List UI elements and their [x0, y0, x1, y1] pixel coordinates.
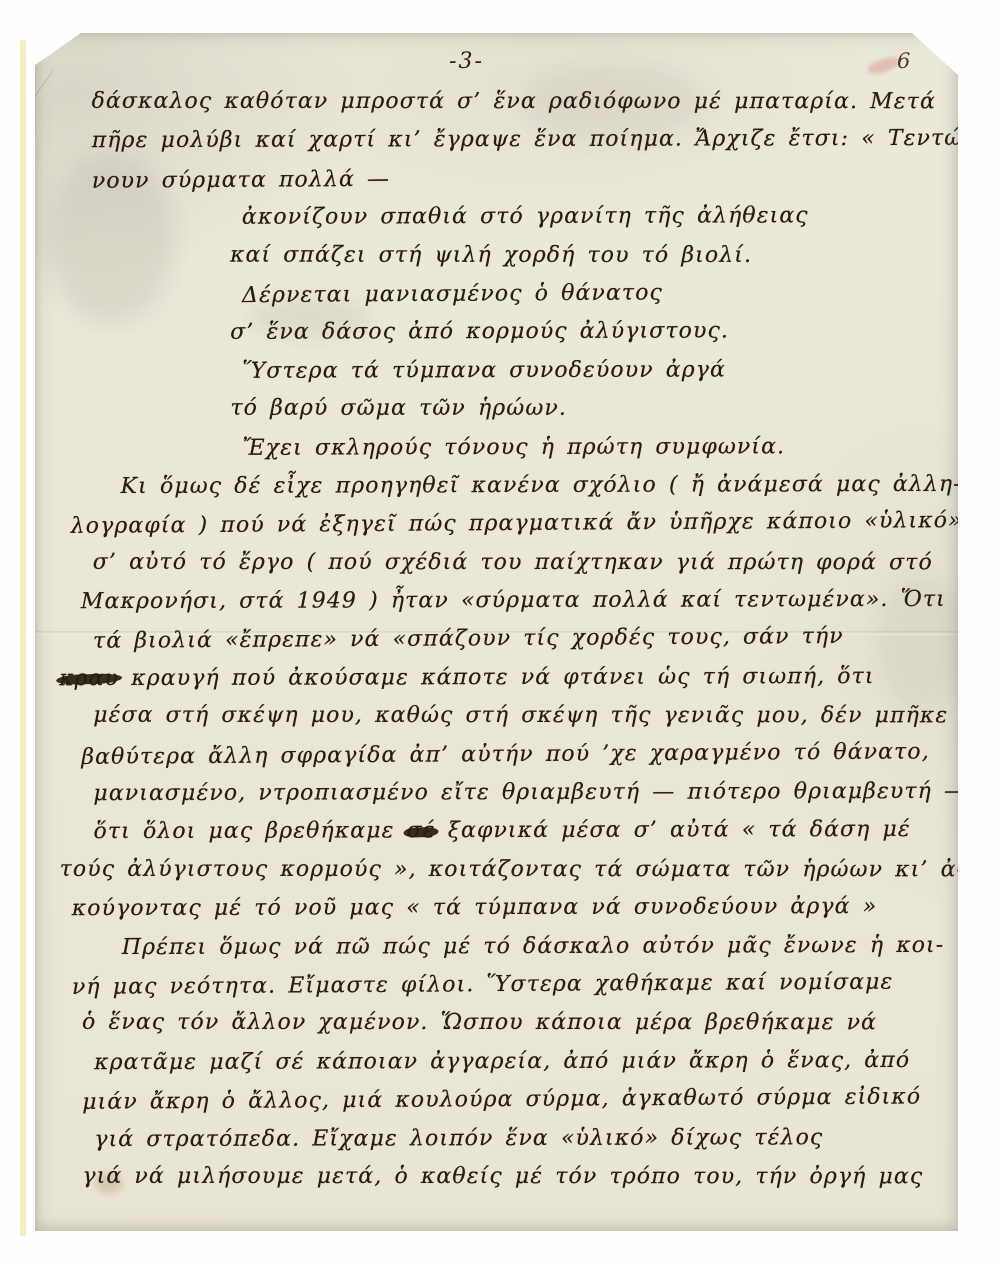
- manuscript-line: ὁ ἕνας τόν ἄλλον χαμένον. Ὥσπου κάποια μ…: [82, 1004, 949, 1043]
- manuscript-line: λογραφία ) πού νά ἐξηγεῖ πώς πραγματικά …: [71, 502, 948, 546]
- manuscript-line: ὅτι ὅλοι μας βρεθήκαμε σέ ξαφνικά μέσα σ…: [93, 811, 948, 852]
- poem-line: ἀκονίζουν σπαθιά στό γρανίτη τῆς ἀλήθεια…: [242, 197, 947, 237]
- poem-line: Δέρνεται μανιασμένος ὁ θάνατος: [242, 272, 947, 315]
- manuscript-line: βαθύτερα ἄλλη σφραγίδα ἀπ’ αὐτήν πού ’χε…: [81, 733, 948, 777]
- manuscript-line: πῆρε μολύβι καί χαρτί κι’ ἔγραψε ἕνα ποί…: [92, 120, 947, 161]
- handwritten-text: δάσκαλος καθόταν μπροστά σ’ ἕνα ραδιόφων…: [92, 82, 950, 1198]
- manuscript-line: κραυ κραυγή πού ἀκούσαμε κάποτε νά φτάνε…: [59, 658, 948, 699]
- manuscript-line: μανιασμένο, ντροπιασμένο εἴτε θριαμβευτή…: [93, 773, 948, 814]
- manuscript-line: τούς ἀλύγιστους κορμούς », κοιτάζοντας τ…: [60, 851, 949, 890]
- corner-annotation: 6: [897, 49, 910, 73]
- poem-line: καί σπάζει στή ψιλή χορδή του τό βιολί.: [230, 236, 947, 275]
- manuscript-line: δάσκαλος καθόταν μπροστά σ’ ἕνα ραδιόφων…: [92, 83, 947, 122]
- manuscript-line: τά βιολιά «ἔπρεπε» νά «σπάζουν τίς χορδέ…: [93, 618, 948, 662]
- corner-fold-crease: [0, 70, 53, 161]
- manuscript-line: γιά στρατόπεδα. Εἴχαμε λοιπόν ἕνα «ὑλικό…: [94, 1118, 949, 1159]
- manuscript-line: Μακρονήσι, στά 1949 ) ἦταν «σύρματα πολλ…: [81, 581, 948, 622]
- manuscript-line: κρατᾶμε μαζί σέ κάποιαν ἀγγαρεία, ἀπό μι…: [94, 1042, 949, 1083]
- manuscript-line: νουν σύρματα πολλά —: [92, 157, 947, 201]
- poem-line: Ὕστερα τά τύμπανα συνοδεύουν ἀργά: [242, 351, 947, 391]
- manuscript-line: γιά νά μιλήσουμε μετά, ὁ καθείς μέ τόν τ…: [82, 1158, 949, 1197]
- manuscript-line: νή μας νεότητα. Εἴμαστε φίλοι. Ὕστερα χα…: [72, 963, 949, 1007]
- manuscript-line: Πρέπει ὅμως νά πῶ πώς μέ τό δάσκαλο αὐτό…: [94, 926, 949, 967]
- under-sheet-edge: [20, 40, 26, 1236]
- manuscript-line: σ’ αὐτό τό ἔργο ( πού σχέδιά του παίχτηκ…: [93, 543, 948, 582]
- line-text: κραυγή πού ἀκούσαμε κάποτε νά φτάνει ὡς …: [131, 664, 874, 691]
- manuscript-page: -3- 6 δάσκαλος καθόταν μπροστά σ’ ἕνα ρα…: [35, 33, 958, 1231]
- scribbled-out-word: κραυ: [59, 660, 119, 699]
- poem-line: σ’ ἕνα δάσος ἀπό κορμούς ἀλύγιστους.: [230, 312, 947, 352]
- line-text: ὅτι ὅλοι μας βρεθήκαμε: [93, 819, 394, 845]
- poem-line: τό βαρύ σῶμα τῶν ἡρώων.: [230, 390, 947, 429]
- manuscript-line: μέσα στή σκέψη μου, καθώς στή σκέψη τῆς …: [93, 697, 948, 736]
- manuscript-line: μιάν ἄκρη ὁ ἄλλος, μιά κουλούρα σύρμα, ἀ…: [82, 1078, 949, 1122]
- line-text: ξαφνικά μέσα σ’ αὐτά « τά δάση μέ: [448, 817, 911, 843]
- manuscript-line: κούγοντας μέ τό νοῦ μας « τά τύμπανα νά …: [72, 888, 949, 929]
- manuscript-line: Κι ὅμως δέ εἶχε προηγηθεῖ κανένα σχόλιο …: [93, 466, 948, 507]
- scribbled-out-word: σέ: [407, 813, 436, 851]
- page-number: -3-: [35, 49, 898, 74]
- poem-line: Ἔχει σκληρούς τόνους ἡ πρώτη συμφωνία.: [242, 427, 947, 467]
